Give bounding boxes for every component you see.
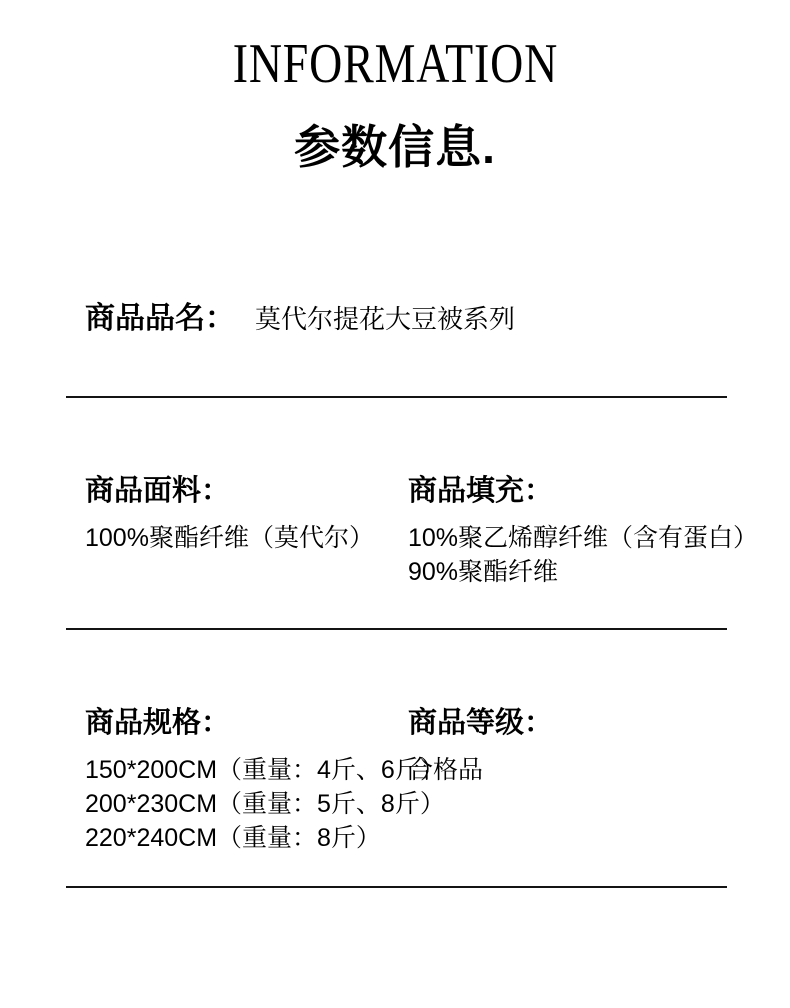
filling-line: 90%聚酯纤维 bbox=[408, 555, 743, 589]
fabric-line: 100%聚酯纤维（莫代尔） bbox=[85, 521, 400, 555]
product-info-page: INFORMATION 参数信息. 商品品名： 莫代尔提花大豆被系列 商品面料：… bbox=[0, 0, 790, 1008]
page-title-en: INFORMATION bbox=[0, 36, 790, 92]
grade-label: 商品等级： bbox=[408, 709, 708, 738]
spec-lines: 150*200CM（重量：4斤、6斤） 200*230CM（重量：5斤、8斤） … bbox=[85, 753, 420, 855]
spec-label: 商品规格： bbox=[85, 709, 420, 738]
section-filling: 商品填充： 10%聚乙烯醇纤维（含有蛋白） 90%聚酯纤维 bbox=[408, 477, 743, 589]
page-title-zh: 参数信息. bbox=[0, 122, 790, 173]
product-name-label: 商品品名： bbox=[85, 301, 235, 337]
filling-label: 商品填充： bbox=[408, 477, 743, 506]
section-grade: 商品等级： 合格品 bbox=[408, 709, 708, 787]
fabric-label: 商品面料： bbox=[85, 477, 400, 506]
filling-line: 10%聚乙烯醇纤维（含有蛋白） bbox=[408, 521, 743, 555]
spec-line: 200*230CM（重量：5斤、8斤） bbox=[85, 787, 420, 821]
spec-line: 220*240CM（重量：8斤） bbox=[85, 821, 420, 855]
fabric-lines: 100%聚酯纤维（莫代尔） bbox=[85, 521, 400, 555]
filling-lines: 10%聚乙烯醇纤维（含有蛋白） 90%聚酯纤维 bbox=[408, 521, 743, 589]
section-fabric: 商品面料： 100%聚酯纤维（莫代尔） bbox=[85, 477, 400, 555]
section-divider bbox=[66, 628, 727, 630]
product-name-row: 商品品名： 莫代尔提花大豆被系列 bbox=[85, 301, 515, 337]
section-divider bbox=[66, 396, 727, 398]
section-spec: 商品规格： 150*200CM（重量：4斤、6斤） 200*230CM（重量：5… bbox=[85, 709, 420, 855]
spec-line: 150*200CM（重量：4斤、6斤） bbox=[85, 753, 420, 787]
section-divider bbox=[66, 886, 727, 888]
grade-lines: 合格品 bbox=[408, 753, 708, 787]
grade-line: 合格品 bbox=[408, 753, 708, 787]
page-title-en-text: INFORMATION bbox=[232, 36, 557, 92]
product-name-value: 莫代尔提花大豆被系列 bbox=[255, 304, 515, 335]
